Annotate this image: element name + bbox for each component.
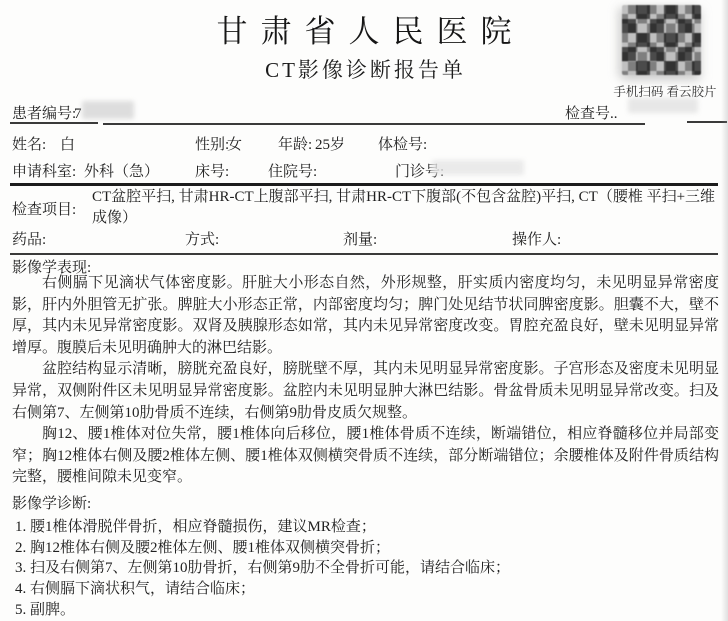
- findings-paragraph: 右侧膈下见滴状气体密度影。肝脏大小形态自然，外形规整，肝实质内密度均匀，未见明显…: [12, 273, 719, 359]
- gender-label: 性别:: [195, 135, 229, 155]
- rule-right: [687, 121, 727, 123]
- outpatient-no-redaction: [432, 160, 524, 175]
- patient-no-value: 7: [74, 104, 82, 124]
- diagnosis-heading: 影像学诊断:: [12, 494, 91, 514]
- hospital-title: 甘肃省人民医院: [0, 6, 728, 51]
- exam-items-row: 检查项目: CT盆腔平扫, 甘肃HR-CT上腹部平扫, 甘肃HR-CT下腹部(不…: [12, 186, 718, 230]
- qr-code-image: [622, 5, 701, 75]
- rule-left: [10, 122, 98, 124]
- inpatient-no-label: 住院号:: [268, 162, 317, 182]
- rule-section: [10, 253, 718, 255]
- diagnosis-item: 5. 副脾。: [15, 600, 715, 621]
- name-value: 白: [60, 135, 75, 155]
- gender-value: 女: [227, 135, 242, 155]
- physical-exam-no-label: 体检号:: [378, 135, 427, 155]
- drug-label: 药品:: [12, 230, 46, 250]
- age-label: 年龄:: [278, 135, 312, 155]
- method-label: 方式:: [185, 230, 219, 250]
- rule-center: [103, 123, 645, 125]
- check-no-label: 检查号..: [565, 104, 618, 124]
- report-title: CT影像诊断报告单: [0, 54, 728, 84]
- dept-label: 申请科室:: [12, 162, 76, 182]
- exam-items-value: CT盆腔平扫, 甘肃HR-CT上腹部平扫, 甘肃HR-CT下腹部(不包含盆腔)平…: [92, 187, 718, 229]
- findings-paragraph: 盆腔结构显示清晰，膀胱充盈良好，膀胱壁不厚，其内未见明显异常密度影。子宫形态及密…: [12, 359, 719, 424]
- operator-label: 操作人:: [512, 230, 561, 250]
- findings-body: 右侧膈下见滴状气体密度影。肝脏大小形态自然，外形规整，肝实质内密度均匀，未见明显…: [12, 273, 719, 492]
- ct-report-page: 甘肃省人民医院 CT影像诊断报告单 手机扫码 看云胶片 患者编号: 7 检查号.…: [0, 0, 728, 621]
- dose-label: 剂量:: [343, 230, 377, 250]
- patient-no-label: 患者编号:: [12, 104, 76, 124]
- diagnosis-item: 1. 腰1椎体滑脱伴骨折，相应脊髓损伤，建议MR检查；: [15, 517, 715, 538]
- age-value: 25岁: [315, 135, 345, 155]
- diagnosis-item: 2. 胸12椎体右侧及腰2椎体左侧、腰1椎体双侧横突骨折；: [15, 538, 715, 559]
- dept-value: 外科（急）: [84, 162, 159, 182]
- check-no-redaction: [628, 98, 698, 113]
- findings-paragraph: 胸12、腰1椎体对位失常，腰1椎体向后移位，腰1椎体骨质不连续，断端错位，相应脊…: [12, 424, 719, 489]
- exam-items-label: 检查项目:: [12, 198, 92, 219]
- bed-no-label: 床号:: [195, 162, 229, 182]
- patient-no-redaction: [82, 101, 134, 119]
- name-label: 姓名:: [12, 135, 46, 155]
- diagnosis-list: 1. 腰1椎体滑脱伴骨折，相应脊髓损伤，建议MR检查； 2. 胸12椎体右侧及腰…: [15, 517, 715, 621]
- diagnosis-item: 4. 右侧膈下滴状积气，请结合临床；: [15, 579, 715, 600]
- diagnosis-item: 3. 扫及右侧第7、左侧第10肋骨折，右侧第9肋不全骨折可能，请结合临床；: [15, 558, 715, 579]
